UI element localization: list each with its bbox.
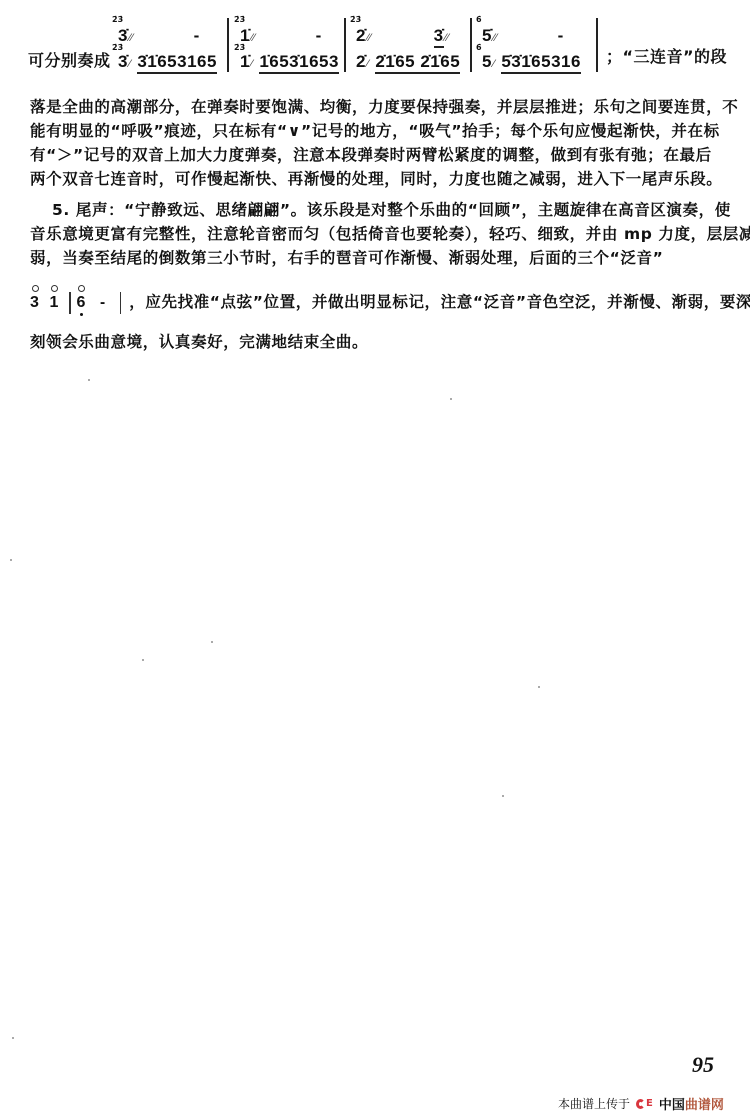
tremolo-mark: ⁄⁄ [445,32,450,44]
text-line: 音乐意境更富有完整性，注意轮音密而匀（包括倚音也要轮奏），轻巧、细致，并由 mp… [30,222,720,246]
lower-voice: 5⁄5̇3̇1̇65316 [482,52,581,72]
notation-trail-text: ；“三连音”的段 [606,44,727,67]
lower-voice: 3̇⁄3̇1̇653165 [118,52,217,72]
section-heading-line: 5. 尾声：“宁静致远、思绪翩翩”。该乐段是对整个乐曲的“回顾”，主题旋律在高音… [30,198,720,222]
notation-lead-text: 可分别奏成 [28,48,111,71]
site-name-part2: 曲谱网 [685,1098,724,1113]
harmonic-note: 3 [30,294,40,312]
text-line: 落是全曲的高潮部分，在弹奏时要饱满、均衡，力度要保持强奏，并层层推进；乐句之间要… [30,95,720,119]
closing-text-line: 刻领会乐曲意境，认真奏好，完满地结束全曲。 [30,330,368,352]
note: 1̇ [240,52,250,71]
scan-speck [88,379,90,381]
harmonic-note: 6 [77,294,87,312]
page-number: 95 [692,1052,714,1078]
tremolo-mark: ⁄ [367,58,369,70]
text-line: 两个双音七连音时，可作慢起渐快、再渐慢的处理，同时，力度也随之减弱，进入下一尾声… [30,167,720,191]
grace-note: 2̇3̇ [234,44,245,52]
scanned-book-page: 可分别奏成 2̇3̇ 3̇⁄⁄- 2̇3̇ 3̇⁄3̇1̇653165 2̇3̇… [0,0,750,1118]
upper-voice: 3̇⁄⁄- [118,26,200,46]
note: 5̇ [482,26,492,45]
note: 3̇ [434,26,444,48]
measure-3: 2̇3̇ 2̇⁄⁄3̇⁄⁄ 2̇⁄2̇1̇65 2̇1̇65 [356,14,476,76]
scan-speck [502,795,504,797]
scan-speck [538,686,540,688]
note: 2̇ [356,52,366,71]
scan-speck [142,659,144,661]
logo-e-letter: E [646,1098,653,1109]
grace-note: 2̇3̇ [112,44,123,52]
tremolo-mark: ⁄⁄ [251,32,256,44]
lower-voice: 2̇⁄2̇1̇65 2̇1̇65 [356,52,460,72]
watermark-prefix: 本曲谱上传于 [558,1095,630,1112]
jianpu-notation-row: 可分别奏成 2̇3̇ 3̇⁄⁄- 2̇3̇ 3̇⁄3̇1̇653165 2̇3̇… [28,14,728,76]
tremolo-mark: ⁄ [251,58,253,70]
text-line: 能有明显的“呼吸”痕迹，只在标有“∨”记号的地方，“吸气”抬手；每个乐句应慢起渐… [30,119,720,143]
sustain-dash: - [558,26,564,46]
upper-voice: 1̇⁄⁄- [240,26,322,46]
logo-c-shape [636,1099,645,1109]
paragraph-climax-section: 落是全曲的高潮部分，在弹奏时要饱满、均衡，力度要保持强奏，并层层推进；乐句之间要… [30,95,720,191]
scan-speck [450,398,452,400]
text-line: 弱，当奏至结尾的倒数第三小节时，右手的琶音可作渐慢、渐弱处理，后面的三个“泛音” [30,246,720,270]
barline [344,18,346,72]
harmonic-note: 1 [50,294,60,312]
barline [120,292,122,314]
barline [596,18,598,72]
upload-watermark: 本曲谱上传于 E 中国曲谱网 [558,1094,724,1113]
sustain-dash: - [100,294,106,312]
grace-note: 6̇ [476,16,482,24]
site-logo-icon: E [636,1098,653,1109]
barline [470,18,472,72]
grace-note: 2̇3̇ [112,16,123,24]
note: 2̇ [356,26,366,45]
grace-note: 2̇3̇ [350,16,361,24]
note-run: 2̇1̇65 2̇1̇65 [375,52,460,74]
measure-1: 2̇3̇ 3̇⁄⁄- 2̇3̇ 3̇⁄3̇1̇653165 [118,14,230,76]
site-name-part1: 中国 [659,1098,685,1113]
note-run: 5̇3̇1̇65316 [501,52,581,74]
scan-speck [10,559,12,561]
note: 3̇ [118,52,128,71]
lower-voice: 1̇⁄1̇653̇1653 [240,52,339,72]
sustain-dash: - [194,26,200,46]
sustain-dash: - [316,26,322,46]
upper-voice: 5̇⁄⁄- [482,26,564,46]
tremolo-mark: ⁄ [493,58,495,70]
inline-harmonic-notation: 316-，应先找准“点弦”位置，并做出明显标记，注意“泛音”音色空泛，并渐慢、渐… [30,290,750,320]
note-run: 1̇653̇1653 [259,52,339,74]
text-line: ，应先找准“点弦”位置，并做出明显标记，注意“泛音”音色空泛，并渐慢、渐弱，要深 [129,293,750,311]
harmonic-circle-icon [32,285,39,292]
harmonic-circle-icon [78,285,85,292]
scan-speck [12,1037,14,1039]
tremolo-mark: ⁄⁄ [367,32,372,44]
note-run: 3̇1̇653165 [137,52,217,74]
scan-speck [211,641,213,643]
upper-voice: 2̇⁄⁄3̇⁄⁄ [356,26,449,48]
paragraph-coda-section: 5. 尾声：“宁静致远、思绪翩翩”。该乐段是对整个乐曲的“回顾”，主题旋律在高音… [30,198,720,270]
grace-note: 6̇ [476,44,482,52]
tremolo-mark: ⁄ [129,58,131,70]
harmonic-circle-icon [51,285,58,292]
text-line: 有“＞”记号的双音上加大力度弹奏，注意本段弹奏时两臂松紧度的调整，做到有张有弛；… [30,143,720,167]
tremolo-mark: ⁄⁄ [493,32,498,44]
barline [69,292,71,314]
tremolo-mark: ⁄⁄ [129,32,134,44]
measure-4: 6̇ 5̇⁄⁄- 6̇ 5⁄5̇3̇1̇65316 [482,14,602,76]
grace-note: 2̇3̇ [234,16,245,24]
note: 5 [482,52,492,71]
barline [227,18,229,72]
low-octave-dot [80,313,83,316]
measure-2: 2̇3̇ 1̇⁄⁄- 2̇3̇ 1̇⁄1̇653̇1653 [240,14,360,76]
